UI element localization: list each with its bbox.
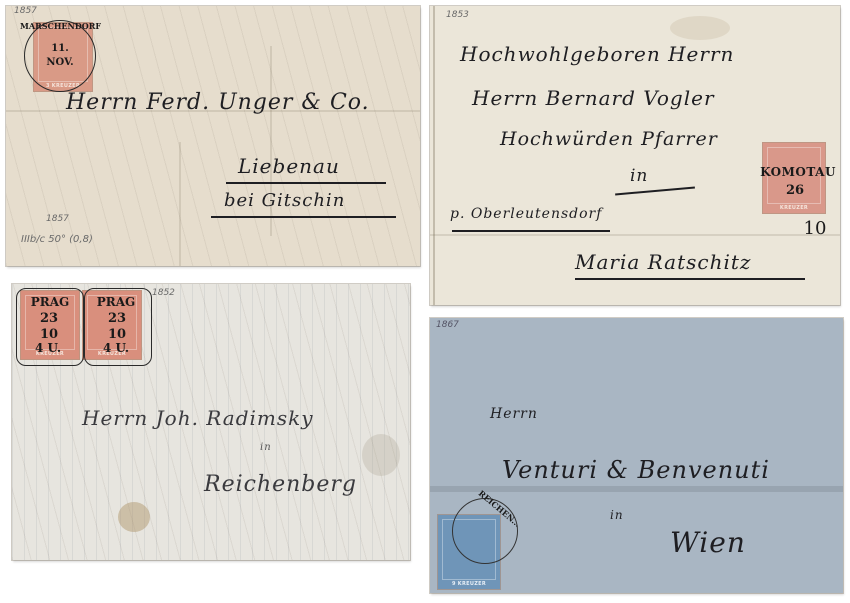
postmark-day: 23 <box>100 312 134 325</box>
address-line: Liebenau <box>238 154 340 178</box>
cover-marschendorf: 1857 3 KREUZER MARSCHENDORF 11. NOV. Her… <box>6 6 420 266</box>
fold-line <box>433 6 435 305</box>
address-line: Venturi & Benvenuti <box>502 456 770 484</box>
water-stain <box>670 16 730 40</box>
fold-line <box>430 486 843 492</box>
underline <box>615 187 695 195</box>
address-line: in <box>630 166 648 186</box>
postmark-month: 10 <box>32 328 66 341</box>
postmark-day: 23 <box>32 312 66 325</box>
fold-line <box>179 142 181 266</box>
pencil-note-year: 1857 <box>46 214 69 224</box>
underline <box>575 278 805 280</box>
wax-seal-stain <box>362 434 400 476</box>
postmark-time: 4 U. <box>28 342 68 354</box>
pencil-year: 1857 <box>14 6 37 16</box>
pencil-year: 1867 <box>436 320 459 330</box>
address-line: bei Gitschin <box>224 190 345 211</box>
pencil-year: 1852 <box>152 288 175 298</box>
circular-postmark <box>452 498 518 564</box>
stamp-value: KREUZER <box>780 205 808 211</box>
address-line: Hochwohlgeboren Herrn <box>460 42 734 66</box>
postmark-town: PRAG <box>20 296 80 308</box>
address-line: in <box>260 442 272 453</box>
postmark-town: MARSCHENDORF <box>20 22 100 30</box>
address-line: Herrn Bernard Vogler <box>472 86 715 110</box>
address-line: p. Oberleutensdorf <box>450 206 602 222</box>
pencil-year: 1853 <box>446 10 469 20</box>
postmark-day: 11. <box>46 44 74 54</box>
address-line: Wien <box>670 526 746 559</box>
cover-prag: 1852 KREUZER KREUZER PRAG 23 10 4 U. PRA… <box>12 284 410 560</box>
address-line: Herrn <box>490 406 538 422</box>
pencil-catalog-note: IIIb/c 50° (0,8) <box>21 234 93 245</box>
stamp-value: 9 KREUZER <box>452 581 486 587</box>
address-line: in <box>610 508 624 522</box>
address-line: Herrn Ferd. Unger & Co. <box>66 90 370 115</box>
postmark-time: 4 U. <box>96 342 136 354</box>
rate-marking: 10 <box>800 220 830 238</box>
address-line: Herrn Joh. Radimsky <box>82 406 314 430</box>
underline <box>452 230 610 232</box>
postmark-month: NOV. <box>38 58 82 68</box>
postmark-day: 26 <box>780 184 810 197</box>
address-line: Maria Ratschitz <box>575 250 751 274</box>
address-line: Reichenberg <box>204 472 357 497</box>
cover-reichenberg-blue: 1867 Herrn Venturi & Benvenuti in Wien 9… <box>430 318 843 593</box>
wax-seal-stain <box>118 502 150 532</box>
postmark-town: PRAG <box>86 296 146 308</box>
fold-line <box>430 234 840 236</box>
postmark-town: KOMOTAU <box>756 166 840 178</box>
postmark-month: 10 <box>100 328 134 341</box>
underline <box>226 182 386 184</box>
cover-komotau: 1853 Hochwohlgeboren Herrn Herrn Bernard… <box>430 6 840 305</box>
address-line: Hochwürden Pfarrer <box>500 128 718 150</box>
underline <box>211 216 396 218</box>
